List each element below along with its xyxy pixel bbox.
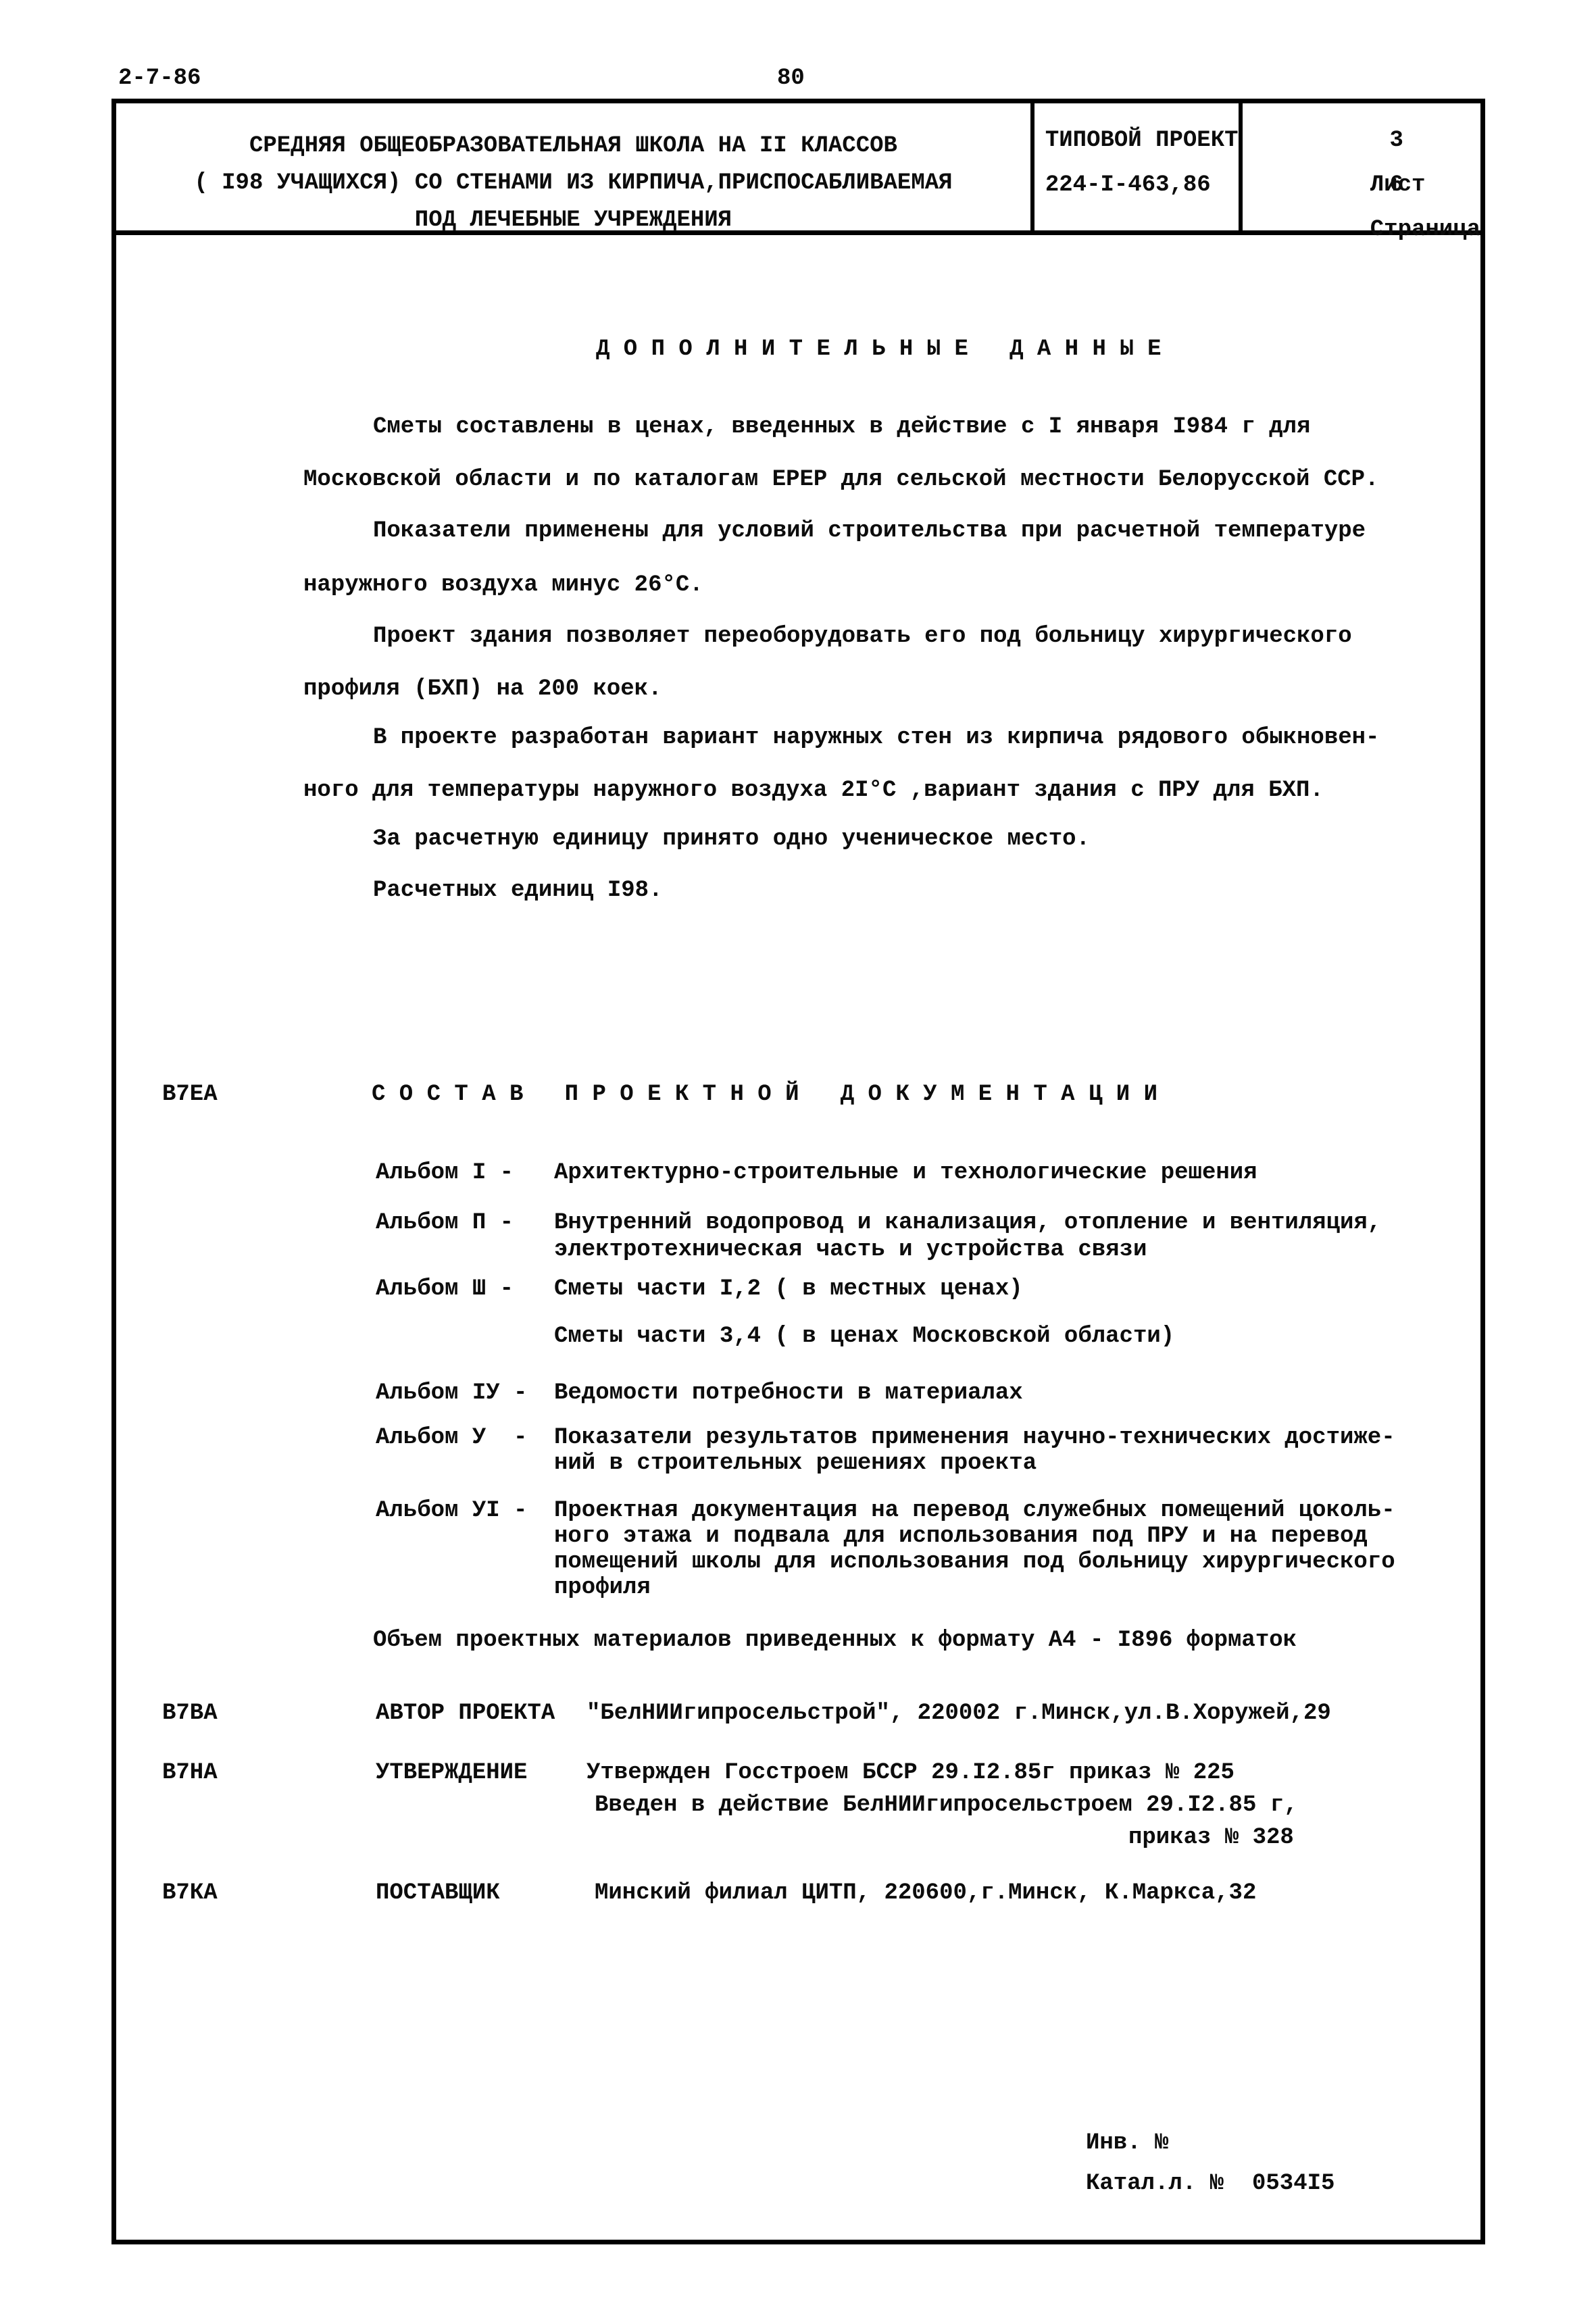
paragraph-line: профиля (БХП) на 200 коек. xyxy=(303,676,662,703)
album-description-line: электротехническая часть и устройства св… xyxy=(554,1236,1147,1263)
header-title-line: ( I98 УЧАЩИХСЯ) СО СТЕНАМИ ИЗ КИРПИЧА,ПР… xyxy=(116,165,1030,202)
volume-note: Объем проектных материалов приведенных к… xyxy=(373,1627,1297,1654)
paragraph-line: ного для температуры наружного воздуха 2… xyxy=(303,777,1324,804)
record-label: УТВЕРЖДЕНИЕ xyxy=(376,1759,527,1786)
album-description-line: Сметы части 3,4 ( в ценах Московской обл… xyxy=(554,1323,1174,1350)
paragraph-line: Сметы составлены в ценах, введенных в де… xyxy=(373,413,1310,441)
sheet-value: 3 xyxy=(1390,118,1403,163)
album-description-line: Сметы части I,2 ( в местных ценах) xyxy=(554,1276,1023,1303)
record-code: В7ВА xyxy=(162,1700,218,1727)
project-type-label: ТИПОВОЙ ПРОЕКТ xyxy=(1045,118,1239,163)
album-description-line: ного этажа и подвала для использования п… xyxy=(554,1523,1368,1550)
album-description-line: Внутренний водопровод и канализация, ото… xyxy=(554,1209,1381,1236)
page-label: Страница xyxy=(1370,217,1480,243)
page-number: 80 xyxy=(777,65,805,92)
album-description-line: Архитектурно-строительные и технологичес… xyxy=(554,1159,1257,1186)
record-value-line: "БелНИИгипросельстрой", 220002 г.Минск,у… xyxy=(587,1700,1331,1727)
album-description-line: профиля xyxy=(554,1574,651,1601)
record-value-line: приказ № 328 xyxy=(1128,1824,1294,1851)
header-title-cell: СРЕДНЯЯ ОБЩЕОБРАЗОВАТЕЛЬНАЯ ШКОЛА НА II … xyxy=(116,103,1030,230)
project-cell: ТИПОВОЙ ПРОЕКТ 224-I-463,86 xyxy=(1030,103,1239,230)
album-label: Альбом П - xyxy=(376,1209,514,1236)
scanned-document-page: 2-7-86 80 СРЕДНЯЯ ОБЩЕОБРАЗОВАТЕЛЬНАЯ ШК… xyxy=(0,0,1596,2314)
sheet-cell: Лист 3 Страница 6 xyxy=(1239,103,1480,230)
record-value-line: Минский филиал ЦИТП, 220600,г.Минск, К.М… xyxy=(595,1880,1256,1907)
paragraph-line: Расчетных единиц I98. xyxy=(373,877,662,904)
page-value: 6 xyxy=(1390,163,1403,207)
composition-title: С О С Т А В П Р О Е К Т Н О Й Д О К У М … xyxy=(372,1081,1157,1108)
album-label: Альбом I - xyxy=(376,1159,514,1186)
album-label: Альбом У - xyxy=(376,1424,527,1451)
paragraph-line: Московской области и по каталогам ЕРЕР д… xyxy=(303,466,1378,493)
album-label: Альбом IУ - xyxy=(376,1380,527,1407)
section-title: Д О П О Л Н И Т Е Л Ь Н Ы Е Д А Н Н Ы Е xyxy=(596,336,1162,363)
record-value-line: Введен в действие БелНИИгипросельстроем … xyxy=(595,1792,1298,1819)
album-description-line: Показатели результатов применения научно… xyxy=(554,1424,1395,1451)
record-code: В7КА xyxy=(162,1880,218,1907)
page-row: Страница 6 xyxy=(1260,163,1480,207)
catalog-label: Катал.л. № xyxy=(1086,2170,1224,2197)
album-description-line: помещений школы для использования под бо… xyxy=(554,1549,1395,1576)
record-label: АВТОР ПРОЕКТА xyxy=(376,1700,555,1727)
paragraph-line: Проект здания позволяет переоборудовать … xyxy=(373,623,1352,650)
header-title-line: ПОД ЛЕЧЕБНЫЕ УЧРЕЖДЕНИЯ xyxy=(116,202,1030,239)
header-table: СРЕДНЯЯ ОБЩЕОБРАЗОВАТЕЛЬНАЯ ШКОЛА НА II … xyxy=(111,99,1485,235)
record-code: В7НА xyxy=(162,1759,218,1786)
record-label: ПОСТАВЩИК xyxy=(376,1880,500,1907)
paragraph-line: Показатели применены для условий строите… xyxy=(373,518,1366,545)
record-value-line: Утвержден Госстроем БССР 29.I2.85г прика… xyxy=(587,1759,1235,1786)
inventory-label: Инв. № xyxy=(1086,2130,1168,2157)
doc-code: 2-7-86 xyxy=(118,65,201,92)
album-description-line: Ведомости потребности в материалах xyxy=(554,1380,1023,1407)
album-description-line: Проектная документация на перевод служеб… xyxy=(554,1497,1395,1524)
paragraph-line: За расчетную единицу принято одно ученич… xyxy=(373,826,1090,853)
catalog-number: 0534I5 xyxy=(1252,2170,1335,2197)
project-number: 224-I-463,86 xyxy=(1045,163,1239,207)
sheet-row: Лист 3 xyxy=(1260,118,1480,163)
album-label: Альбом Ш - xyxy=(376,1276,514,1303)
album-description-line: ний в строительных решениях проекта xyxy=(554,1450,1037,1477)
paragraph-line: В проекте разработан вариант наружных ст… xyxy=(373,724,1379,751)
album-label: Альбом УI - xyxy=(376,1497,527,1524)
paragraph-line: наружного воздуха минус 26°С. xyxy=(303,572,703,599)
composition-code: В7ЕА xyxy=(162,1081,218,1108)
header-title-line: СРЕДНЯЯ ОБЩЕОБРАЗОВАТЕЛЬНАЯ ШКОЛА НА II … xyxy=(116,128,1030,165)
